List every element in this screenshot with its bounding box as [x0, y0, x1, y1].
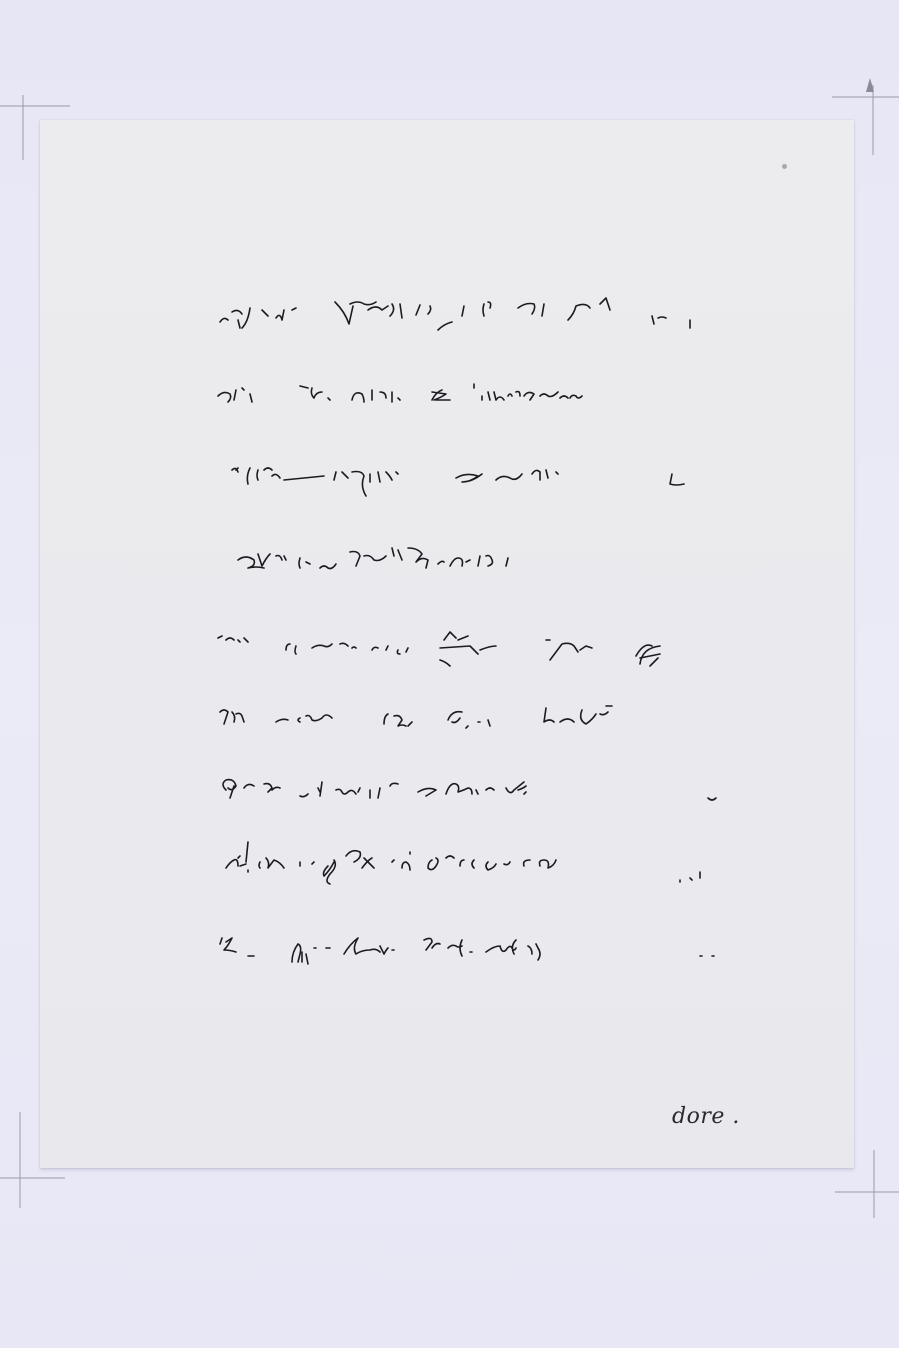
- script-line-7: [223, 780, 716, 800]
- script-line-6: [220, 706, 612, 728]
- script-line-3: [232, 468, 684, 496]
- script-line-9: [220, 938, 714, 964]
- asemic-script: [0, 0, 899, 1348]
- script-line-5: [218, 632, 660, 666]
- script-line-2: [218, 384, 582, 402]
- script-line-1: [220, 298, 690, 330]
- script-line-8: [226, 842, 700, 884]
- artist-signature: dore .: [672, 1104, 740, 1129]
- script-line-4: [238, 548, 508, 569]
